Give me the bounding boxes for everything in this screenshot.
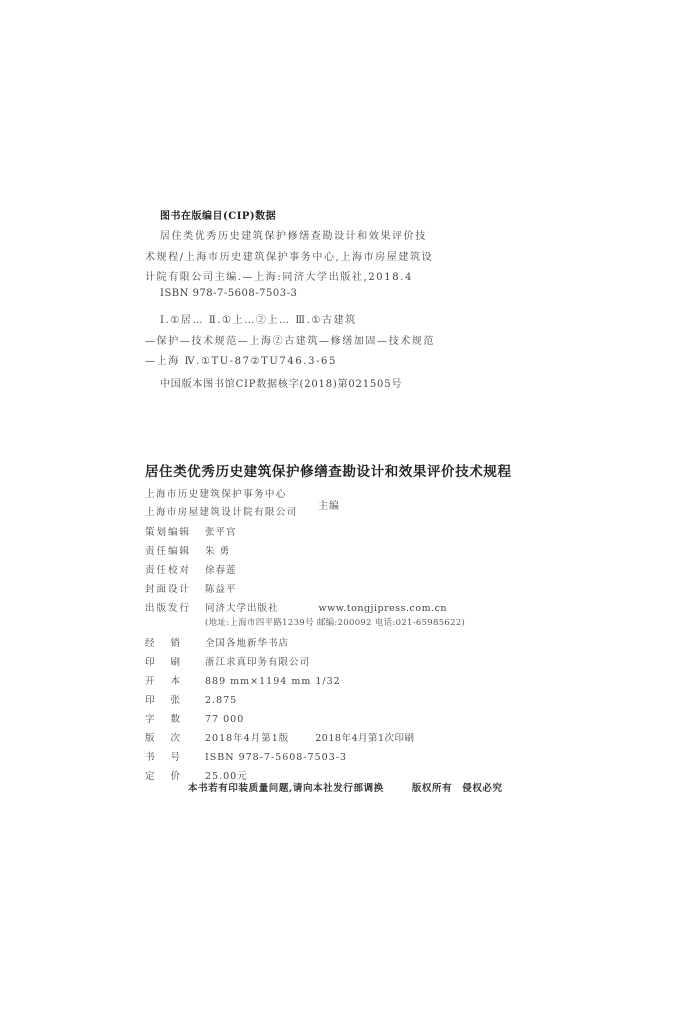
credit-label: 策划编辑 bbox=[145, 524, 205, 538]
credit-label: 封面设计 bbox=[145, 581, 205, 595]
spec-row: 开本889 mm×1194 mm 1/32 bbox=[145, 673, 341, 687]
credit-row: 责任校对徐春莲 bbox=[145, 562, 237, 576]
spec-label: 书号 bbox=[145, 749, 205, 763]
spec-value: ISBN 978-7-5608-7503-3 bbox=[205, 752, 347, 763]
spec-label: 开本 bbox=[145, 673, 205, 687]
editor-org: 上海市房屋建筑设计院有限公司 bbox=[145, 504, 298, 518]
spec-value: 889 mm×1194 mm 1/32 bbox=[205, 676, 341, 687]
spec-row: 印张2.875 bbox=[145, 692, 237, 706]
credit-label: 责任编辑 bbox=[145, 543, 205, 557]
credit-value: 张平官 bbox=[205, 524, 237, 538]
spec-value: 全国各地新华书店 bbox=[205, 635, 289, 649]
copyright-notice: 版权所有 bbox=[412, 783, 452, 794]
cip-line: 居住类优秀历史建筑保护修缮查勘设计和效果评价技 bbox=[160, 227, 427, 242]
credit-row: 策划编辑张平官 bbox=[145, 524, 237, 538]
book-title: 居住类优秀历史建筑保护修缮查勘设计和效果评价技术规程 bbox=[145, 460, 512, 480]
spec-value: 2018年4月第1版 bbox=[205, 730, 289, 744]
spec-row: 经销全国各地新华书店 bbox=[145, 635, 289, 649]
spec-label: 印张 bbox=[145, 692, 205, 706]
spec-label: 经销 bbox=[145, 635, 205, 649]
publisher-website: www.tongjipress.com.cn bbox=[319, 603, 448, 614]
spec-row: 版次2018年4月第1版2018年4月第1次印刷 bbox=[145, 730, 415, 744]
credit-row: 封面设计陈益平 bbox=[145, 581, 237, 595]
spec-label: 版次 bbox=[145, 730, 205, 744]
cip-subject-line: Ⅰ.①居… Ⅱ.①上…②上… Ⅲ.①古建筑 bbox=[160, 311, 357, 326]
cip-line: 术规程/上海市历史建筑保护事务中心,上海市房屋建筑设 bbox=[145, 248, 433, 263]
spec-value: 浙江求真印务有限公司 bbox=[205, 654, 310, 668]
credit-label: 责任校对 bbox=[145, 562, 205, 576]
spec-row: 字数77 000 bbox=[145, 711, 244, 725]
cip-isbn: ISBN 978-7-5608-7503-3 bbox=[160, 288, 297, 299]
spec-label: 字数 bbox=[145, 711, 205, 725]
cip-subject-line: —保护—技术规范—上海②古建筑—修缮加固—技术规范 bbox=[145, 332, 435, 347]
credit-label: 出版发行 bbox=[145, 600, 205, 614]
cip-subject-line: —上海 Ⅳ.①TU-87②TU746.3-65 bbox=[145, 352, 337, 367]
spec-value: 77 000 bbox=[205, 714, 244, 725]
publisher-address: (地址:上海市四平路1239号 邮编:200092 电话:021-6598562… bbox=[205, 616, 465, 628]
credit-value: 徐春莲 bbox=[205, 562, 237, 576]
cip-line: 计院有限公司主编.—上海:同济大学出版社,2018.4 bbox=[145, 268, 413, 283]
credit-value: 朱 勇 bbox=[205, 543, 230, 557]
cip-record-number: 中国版本图书馆CIP数据核字(2018)第021505号 bbox=[160, 375, 402, 390]
credit-row: 出版发行同济大学出版社www.tongjipress.com.cn bbox=[145, 600, 447, 614]
editor-role: 主编 bbox=[318, 497, 340, 512]
spec-row: 书号ISBN 978-7-5608-7503-3 bbox=[145, 749, 347, 763]
spec-label: 印刷 bbox=[145, 654, 205, 668]
spec-value: 2.875 bbox=[205, 695, 237, 706]
credit-row: 责任编辑朱 勇 bbox=[145, 543, 230, 557]
editor-org: 上海市历史建筑保护事务中心 bbox=[145, 486, 287, 500]
footer-notice: 本书若有印装质量问题,请向本社发行部调换版权所有侵权必究 bbox=[188, 780, 503, 794]
quality-notice: 本书若有印装质量问题,请向本社发行部调换 bbox=[188, 783, 384, 794]
print-edition: 2018年4月第1次印刷 bbox=[315, 730, 414, 744]
piracy-notice: 侵权必究 bbox=[462, 783, 502, 794]
credit-value: 同济大学出版社 bbox=[205, 600, 279, 614]
credit-value: 陈益平 bbox=[205, 581, 237, 595]
spec-row: 印刷浙江求真印务有限公司 bbox=[145, 654, 310, 668]
cip-heading: 图书在版编目(CIP)数据 bbox=[160, 207, 276, 222]
